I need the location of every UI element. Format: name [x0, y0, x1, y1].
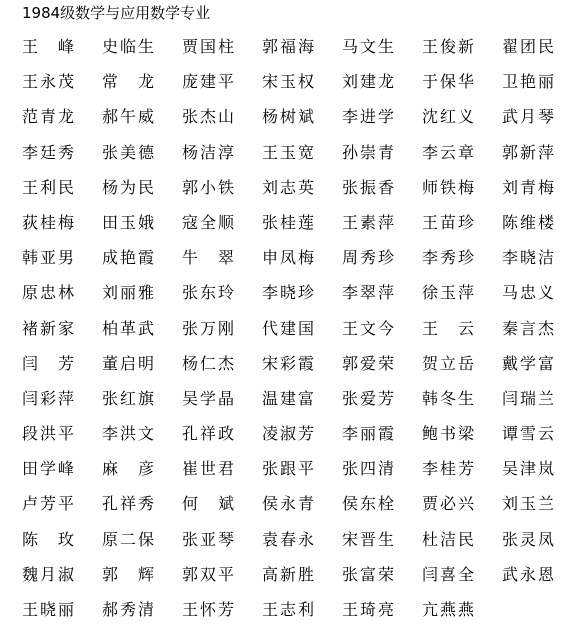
- name-entry: 王永茂: [22, 72, 74, 107]
- name-entry: 刘建龙: [342, 72, 394, 107]
- name-entry: 张桂莲: [262, 213, 314, 248]
- name-entry: 李洪文: [102, 424, 154, 459]
- name-entry: 鲍书梁: [422, 424, 474, 459]
- name-entry: 秦言杰: [502, 319, 554, 354]
- name-entry: 陈玫: [22, 530, 74, 565]
- name-entry: 段洪平: [22, 424, 74, 459]
- name-entry: 孔祥秀: [102, 494, 154, 529]
- name-entry: 张红旗: [102, 389, 154, 424]
- name-entry: 史临生: [102, 37, 154, 72]
- name-entry: 王志利: [262, 600, 314, 629]
- name-entry: 张杰山: [182, 107, 234, 142]
- name-entry: 张灵凤: [502, 530, 554, 565]
- name-entry: 韩亚男: [22, 248, 74, 283]
- name-entry: 周秀珍: [342, 248, 394, 283]
- name-entry: 原忠林: [22, 283, 74, 318]
- name-entry: 闫喜全: [422, 565, 474, 600]
- name-entry: 卢芳平: [22, 494, 74, 529]
- name-entry: 刘志英: [262, 178, 314, 213]
- name-entry: 杨树斌: [262, 107, 314, 142]
- name-entry: 杨洁淳: [182, 143, 234, 178]
- name-entry: 王云: [422, 319, 474, 354]
- name-entry: 庞建平: [182, 72, 234, 107]
- name-entry: 侯永青: [262, 494, 314, 529]
- name-entry: 柏革武: [102, 319, 154, 354]
- name-entry: 贺立岳: [422, 354, 474, 389]
- name-entry: 李丽霞: [342, 424, 394, 459]
- name-entry: 张富荣: [342, 565, 394, 600]
- name-entry: 张万刚: [182, 319, 234, 354]
- name-entry: 张亚琴: [182, 530, 234, 565]
- name-entry: 王利民: [22, 178, 74, 213]
- name-entry: 牛翠: [182, 248, 234, 283]
- name-entry: 亢燕燕: [422, 600, 474, 629]
- name-entry: 王琦亮: [342, 600, 394, 629]
- name-entry: 杨为民: [102, 178, 154, 213]
- name-entry: 田学峰: [22, 459, 74, 494]
- document-title: 1984级数学与应用数学专业: [22, 3, 210, 23]
- name-entry: 郭小铁: [182, 178, 234, 213]
- name-entry: 张振香: [342, 178, 394, 213]
- name-entry: 马忠义: [502, 283, 554, 318]
- name-entry: 王苗珍: [422, 213, 474, 248]
- name-entry: 王怀芳: [182, 600, 234, 629]
- name-entry: 刘丽雅: [102, 283, 154, 318]
- name-entry: 崔世君: [182, 459, 234, 494]
- name-entry: 王晓丽: [22, 600, 74, 629]
- name-entry: 荻桂梅: [22, 213, 74, 248]
- name-entry: 沈红义: [422, 107, 474, 142]
- name-entry: 张四清: [342, 459, 394, 494]
- name-entry: 张美德: [102, 143, 154, 178]
- name-entry: 凌淑芳: [262, 424, 314, 459]
- name-entry: 王文今: [342, 319, 394, 354]
- name-entry: 郭辉: [102, 565, 154, 600]
- name-entry: 侯东栓: [342, 494, 394, 529]
- name-entry: 翟团民: [502, 37, 554, 72]
- name-entry: 马文生: [342, 37, 394, 72]
- name-entry: 郝午威: [102, 107, 154, 142]
- name-entry: 董启明: [102, 354, 154, 389]
- name-entry: 袁春永: [262, 530, 314, 565]
- name-entry: 李秀珍: [422, 248, 474, 283]
- name-entry: 闫瑞兰: [502, 389, 554, 424]
- name-entry: 王玉宽: [262, 143, 314, 178]
- name-entry: 原二保: [102, 530, 154, 565]
- name-entry: 何斌: [182, 494, 234, 529]
- name-entry: 戴学富: [502, 354, 554, 389]
- name-entry: 李云章: [422, 143, 474, 178]
- name-entry: 范青龙: [22, 107, 74, 142]
- name-entry: 谭雪云: [502, 424, 554, 459]
- name-entry: 吴学晶: [182, 389, 234, 424]
- name-entry: 吴津岚: [502, 459, 554, 494]
- name-entry: 刘玉兰: [502, 494, 554, 529]
- name-entry: 魏月淑: [22, 565, 74, 600]
- name-entry: 田玉娥: [102, 213, 154, 248]
- name-entry: 张跟平: [262, 459, 314, 494]
- name-entry: 王俊新: [422, 37, 474, 72]
- name-entry: 陈维楼: [502, 213, 554, 248]
- name-entry: 武永恩: [502, 565, 554, 600]
- name-entry: 高新胜: [262, 565, 314, 600]
- name-entry: 杨仁杰: [182, 354, 234, 389]
- name-entry: 宋玉权: [262, 72, 314, 107]
- name-entry: 申凤梅: [262, 248, 314, 283]
- name-entry: 韩冬生: [422, 389, 474, 424]
- name-entry: 李晓洁: [502, 248, 554, 283]
- name-entry: 李廷秀: [22, 143, 74, 178]
- name-entry: 王峰: [22, 37, 74, 72]
- name-entry: 张爱芳: [342, 389, 394, 424]
- name-entry: 常龙: [102, 72, 154, 107]
- name-entry: 宋彩霞: [262, 354, 314, 389]
- name-entry: 孙崇青: [342, 143, 394, 178]
- name-entry: 王素萍: [342, 213, 394, 248]
- name-entry: 郭爱荣: [342, 354, 394, 389]
- name-entry: 李晓珍: [262, 283, 314, 318]
- name-entry: 于保华: [422, 72, 474, 107]
- name-list: 王峰史临生贾国柱郭福海马文生王俊新翟团民王永茂常龙庞建平宋玉权刘建龙于保华卫艳丽…: [22, 37, 580, 629]
- name-entry: 郭新萍: [502, 143, 554, 178]
- name-entry: 徐玉萍: [422, 283, 474, 318]
- name-entry: 师铁梅: [422, 178, 474, 213]
- name-entry: 闫彩萍: [22, 389, 74, 424]
- name-entry: 闫芳: [22, 354, 74, 389]
- name-entry: 郭双平: [182, 565, 234, 600]
- name-entry: 杜洁民: [422, 530, 474, 565]
- name-entry: 孔祥政: [182, 424, 234, 459]
- name-entry: 武月琴: [502, 107, 554, 142]
- name-entry: 李进学: [342, 107, 394, 142]
- name-entry: 卫艳丽: [502, 72, 554, 107]
- name-entry: 代建国: [262, 319, 314, 354]
- name-entry: 寇全顺: [182, 213, 234, 248]
- name-entry: 李桂芳: [422, 459, 474, 494]
- name-entry: 褚新家: [22, 319, 74, 354]
- name-entry: 麻彦: [102, 459, 154, 494]
- name-entry: 贾国柱: [182, 37, 234, 72]
- name-entry: 成艳霞: [102, 248, 154, 283]
- name-entry: 郝秀清: [102, 600, 154, 629]
- name-entry: 贾必兴: [422, 494, 474, 529]
- name-entry: 宋晋生: [342, 530, 394, 565]
- name-entry: 李翠萍: [342, 283, 394, 318]
- name-entry: 郭福海: [262, 37, 314, 72]
- name-entry: 刘青梅: [502, 178, 554, 213]
- name-entry: 张东玲: [182, 283, 234, 318]
- name-entry: 温建富: [262, 389, 314, 424]
